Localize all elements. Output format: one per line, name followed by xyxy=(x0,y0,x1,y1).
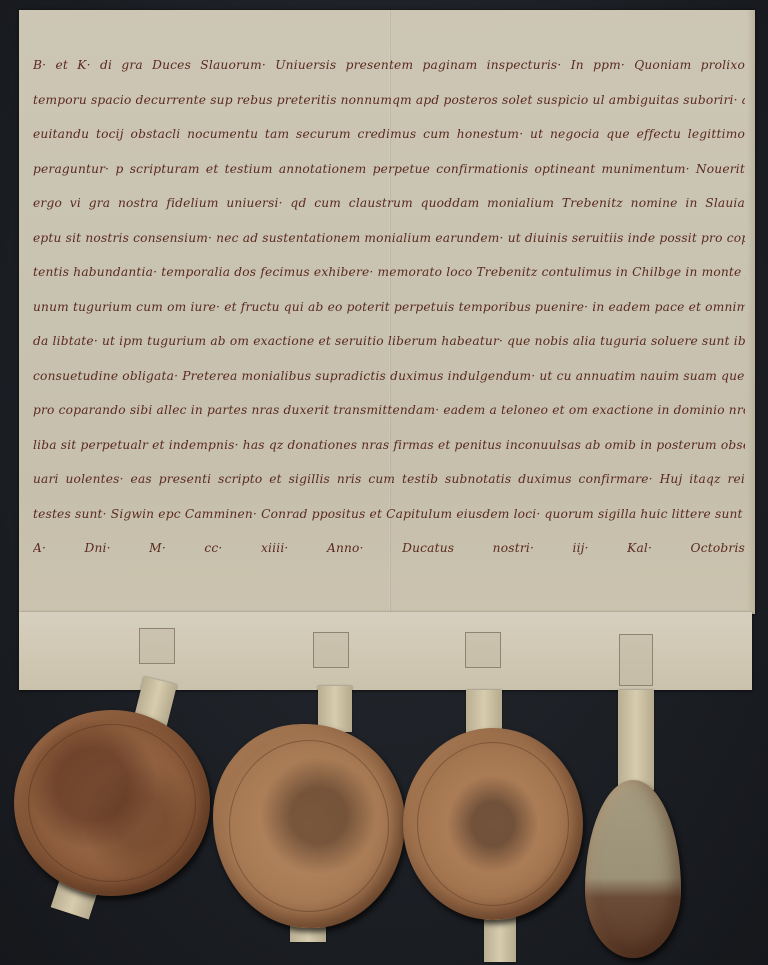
text-line: euitandu tocij obstacli nocumentu tam se… xyxy=(33,117,745,152)
seal-tag-3-end xyxy=(484,914,516,962)
text-line: temporu spacio decurrente sup rebus pret… xyxy=(33,83,745,118)
seal-slit xyxy=(619,634,653,686)
seal-tag-4 xyxy=(618,690,654,790)
seal-legend-ring xyxy=(28,724,196,882)
text-line: unum tugurium cum om iure· et fructu qui… xyxy=(33,290,745,325)
folded-plica xyxy=(19,612,752,690)
seal-legend-ring xyxy=(417,742,569,906)
wax-seal-1 xyxy=(14,710,210,896)
text-line: B· et K· di gra Duces Slauorum· Uniuersi… xyxy=(33,48,745,83)
text-line: liba sit perpetualr et indempnis· has qz… xyxy=(33,428,745,463)
text-line: eptu sit nostris consensium· nec ad sust… xyxy=(33,221,745,256)
seal-slit xyxy=(465,632,501,668)
charter-text: B· et K· di gra Duces Slauorum· Uniuersi… xyxy=(33,48,745,566)
seal-slit xyxy=(313,632,349,668)
charter-parchment: B· et K· di gra Duces Slauorum· Uniuersi… xyxy=(19,10,755,614)
text-line: da libtate· ut ipm tugurium ab om exacti… xyxy=(33,324,745,359)
seal-legend-ring xyxy=(229,740,389,912)
text-line: peraguntur· p scripturam et testium anno… xyxy=(33,152,745,187)
text-line: uari uolentes· eas presenti scripto et s… xyxy=(33,462,745,497)
text-line: tentis habundantia· temporalia dos fecim… xyxy=(33,255,745,290)
seal-slit xyxy=(139,628,175,664)
text-line: ergo vi gra nostra fidelium uniuersi· qd… xyxy=(33,186,745,221)
text-line: pro coparando sibi allec in partes nras … xyxy=(33,393,745,428)
parchment-edge xyxy=(747,10,755,614)
text-line: consuetudine obligata· Preterea monialib… xyxy=(33,359,745,394)
dating-clause: A· Dni· M· cc· xiiii· Anno· Ducatus nost… xyxy=(33,531,745,566)
wax-seal-3 xyxy=(403,728,583,920)
text-line: testes sunt· Sigwin epc Camminen· Conrad… xyxy=(33,497,745,532)
